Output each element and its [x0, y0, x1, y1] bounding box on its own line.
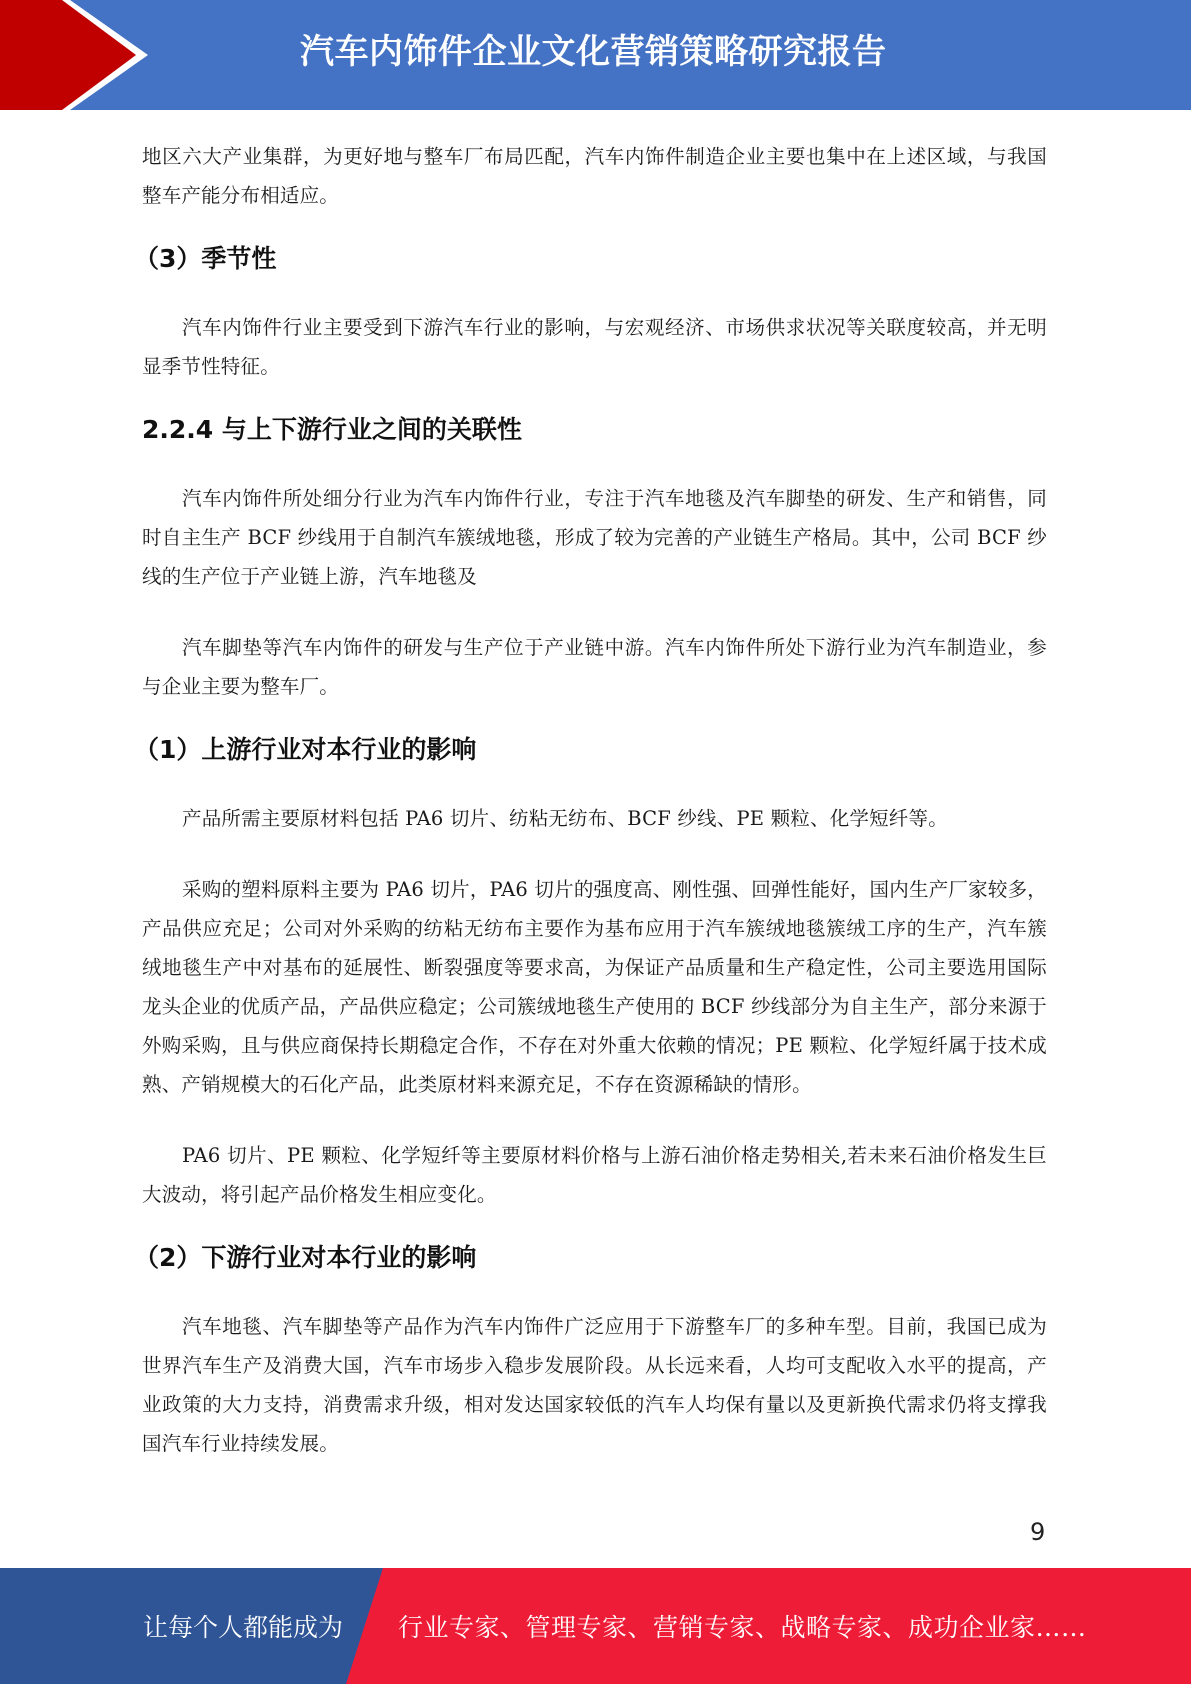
heading-seasonality: （3）季节性: [134, 239, 1047, 279]
red-arrow-icon: [0, 0, 160, 110]
paragraph-chain-2: 汽车脚垫等汽车内饰件的研发与生产位于产业链中游。汽车内饰件所处下游行业为汽车制造…: [142, 628, 1047, 706]
footer-slogan-left: 让每个人都能成为: [143, 1608, 343, 1644]
report-title: 汽车内饰件企业文化营销策略研究报告: [300, 30, 887, 74]
paragraph-intro: 地区六大产业集群，为更好地与整车厂布局匹配，汽车内饰件制造企业主要也集中在上述区…: [142, 137, 1047, 215]
page-header: 汽车内饰件企业文化营销策略研究报告: [0, 0, 1191, 110]
paragraph-upstream-3: PA6 切片、PE 颗粒、化学短纤等主要原材料价格与上游石油价格走势相关,若未来…: [142, 1136, 1047, 1214]
section-heading-2-2-4: 2.2.4 与上下游行业之间的关联性: [142, 410, 1047, 450]
document-body: 地区六大产业集群，为更好地与整车厂布局匹配，汽车内饰件制造企业主要也集中在上述区…: [142, 130, 1047, 1463]
page-number: 9: [1030, 1518, 1045, 1546]
paragraph-upstream-2: 采购的塑料原料主要为 PA6 切片，PA6 切片的强度高、刚性强、回弹性能好，国…: [142, 870, 1047, 1104]
heading-downstream: （2）下游行业对本行业的影响: [134, 1238, 1047, 1278]
paragraph-seasonality: 汽车内饰件行业主要受到下游汽车行业的影响，与宏观经济、市场供求状况等关联度较高，…: [142, 308, 1047, 386]
heading-upstream: （1）上游行业对本行业的影响: [134, 730, 1047, 770]
paragraph-downstream: 汽车地毯、汽车脚垫等产品作为汽车内饰件广泛应用于下游整车厂的多种车型。目前，我国…: [142, 1307, 1047, 1463]
footer-slogan-right: 行业专家、管理专家、营销专家、战略专家、成功企业家……: [398, 1608, 1087, 1644]
page-footer: 让每个人都能成为 行业专家、管理专家、营销专家、战略专家、成功企业家……: [0, 1568, 1191, 1684]
paragraph-upstream-1: 产品所需主要原材料包括 PA6 切片、纺粘无纺布、BCF 纱线、PE 颗粒、化学…: [142, 799, 1047, 838]
paragraph-chain-1: 汽车内饰件所处细分行业为汽车内饰件行业，专注于汽车地毯及汽车脚垫的研发、生产和销…: [142, 479, 1047, 596]
